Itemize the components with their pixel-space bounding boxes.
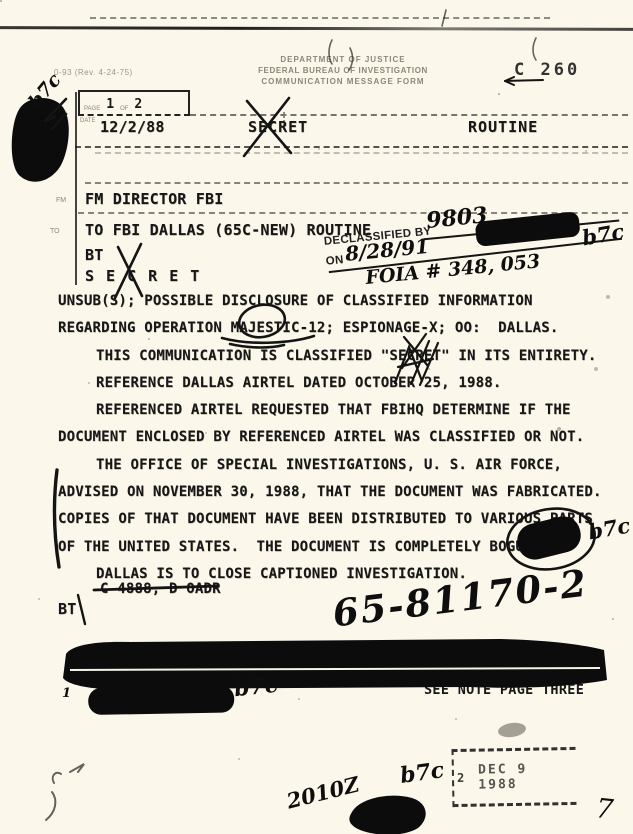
stamp-prefix: 2: [457, 771, 464, 785]
total-pages: 2: [134, 97, 142, 112]
body-line: REFERENCED AIRTEL REQUESTED THAT FBIHQ D…: [58, 397, 628, 424]
to-label: TO: [50, 228, 60, 235]
message-date: 12/2/88: [100, 118, 165, 136]
pen-bt-slash: [78, 595, 85, 624]
page-number: 1: [106, 97, 114, 112]
body-line: REGARDING OPERATION MAJESTIC-12; ESPIONA…: [58, 315, 628, 342]
stamp-date: DEC 9 1988: [478, 761, 576, 793]
rule-header: [190, 114, 628, 116]
agency-form-name: COMMUNICATION MESSAGE FORM: [238, 76, 448, 87]
bt-close: BT: [58, 600, 76, 618]
precedence: ROUTINE: [468, 118, 538, 136]
body-line: COPIES OF THAT DOCUMENT HAVE BEEN DISTRI…: [58, 506, 628, 533]
classification-header: SECRET: [248, 118, 308, 136]
date-label: DATE: [80, 118, 96, 124]
see-note: SEE NOTE PAGE THREE: [424, 682, 584, 698]
file-ref: C 260: [514, 60, 580, 80]
agency-letterhead: DEPARTMENT OF JUSTICE FEDERAL BUREAU OF …: [238, 54, 448, 87]
rule-below-header-row-2: [95, 152, 628, 154]
smudge-mark: [497, 721, 527, 739]
agency-dept: DEPARTMENT OF JUSTICE: [238, 54, 448, 65]
agency-bureau: FEDERAL BUREAU OF INVESTIGATION: [238, 65, 448, 76]
form-number: 0-93 (Rev. 4-24-75): [54, 68, 133, 77]
redaction-blob-bottom: [349, 796, 425, 834]
message-body: UNSUB(S); POSSIBLE DISCLOSURE OF CLASSIF…: [58, 288, 628, 588]
page-count-box: PAGE 1 OF 2: [78, 90, 190, 116]
scan-line-edge: [0, 26, 633, 31]
scanned-fbi-teletype-page: 0-93 (Rev. 4-24-75) DEPARTMENT OF JUSTIC…: [0, 0, 633, 834]
admin-line-struck: C 4888, D OADR: [100, 581, 221, 597]
received-date-stamp: 2 DEC 9 1988: [452, 747, 577, 807]
of-label: OF: [120, 106, 128, 112]
body-line: THE OFFICE OF SPECIAL INVESTIGATIONS, U.…: [58, 452, 628, 479]
pen-bottom-left-marks: [46, 764, 84, 820]
paper-speckles: [0, 0, 2, 2]
redaction-bar-main: [63, 639, 607, 715]
form-left-margin-line: [75, 92, 77, 285]
declass-on-label: ON: [325, 254, 344, 268]
from-line: FM DIRECTOR FBI: [85, 190, 223, 208]
time-group: 2010Z: [284, 771, 362, 813]
rule-mid: [85, 182, 628, 184]
bt-open: BT: [85, 246, 103, 264]
declass-number: 9803: [425, 202, 488, 234]
rule-below-header-row: [75, 146, 628, 148]
fm-label: FM: [56, 197, 66, 204]
page-number-handwritten: 7: [594, 793, 614, 826]
scan-line-top: [90, 17, 550, 19]
declassification-stamp: DECLASSIFIED BY 9803 ON 8/28/91 FOIA # 3…: [322, 193, 628, 301]
blob-prefix-mark: 1: [62, 686, 71, 701]
body-line: ADVISED ON NOVEMBER 30, 1988, THAT THE D…: [58, 479, 628, 506]
classification-line: S E C R E T: [85, 267, 201, 285]
page-label: PAGE: [84, 106, 100, 112]
body-line: DOCUMENT ENCLOSED BY REFERENCED AIRTEL W…: [58, 424, 628, 451]
body-line: REFERENCE DALLAS AIRTEL DATED OCTOBER 25…: [58, 370, 628, 397]
exemption-mark-bar: b7c: [233, 672, 280, 702]
exemption-mark-bottom: b7c: [398, 757, 445, 789]
body-line: THIS COMMUNICATION IS CLASSIFIED "SECRET…: [58, 343, 628, 370]
body-line: OF THE UNITED STATES. THE DOCUMENT IS CO…: [58, 534, 628, 561]
